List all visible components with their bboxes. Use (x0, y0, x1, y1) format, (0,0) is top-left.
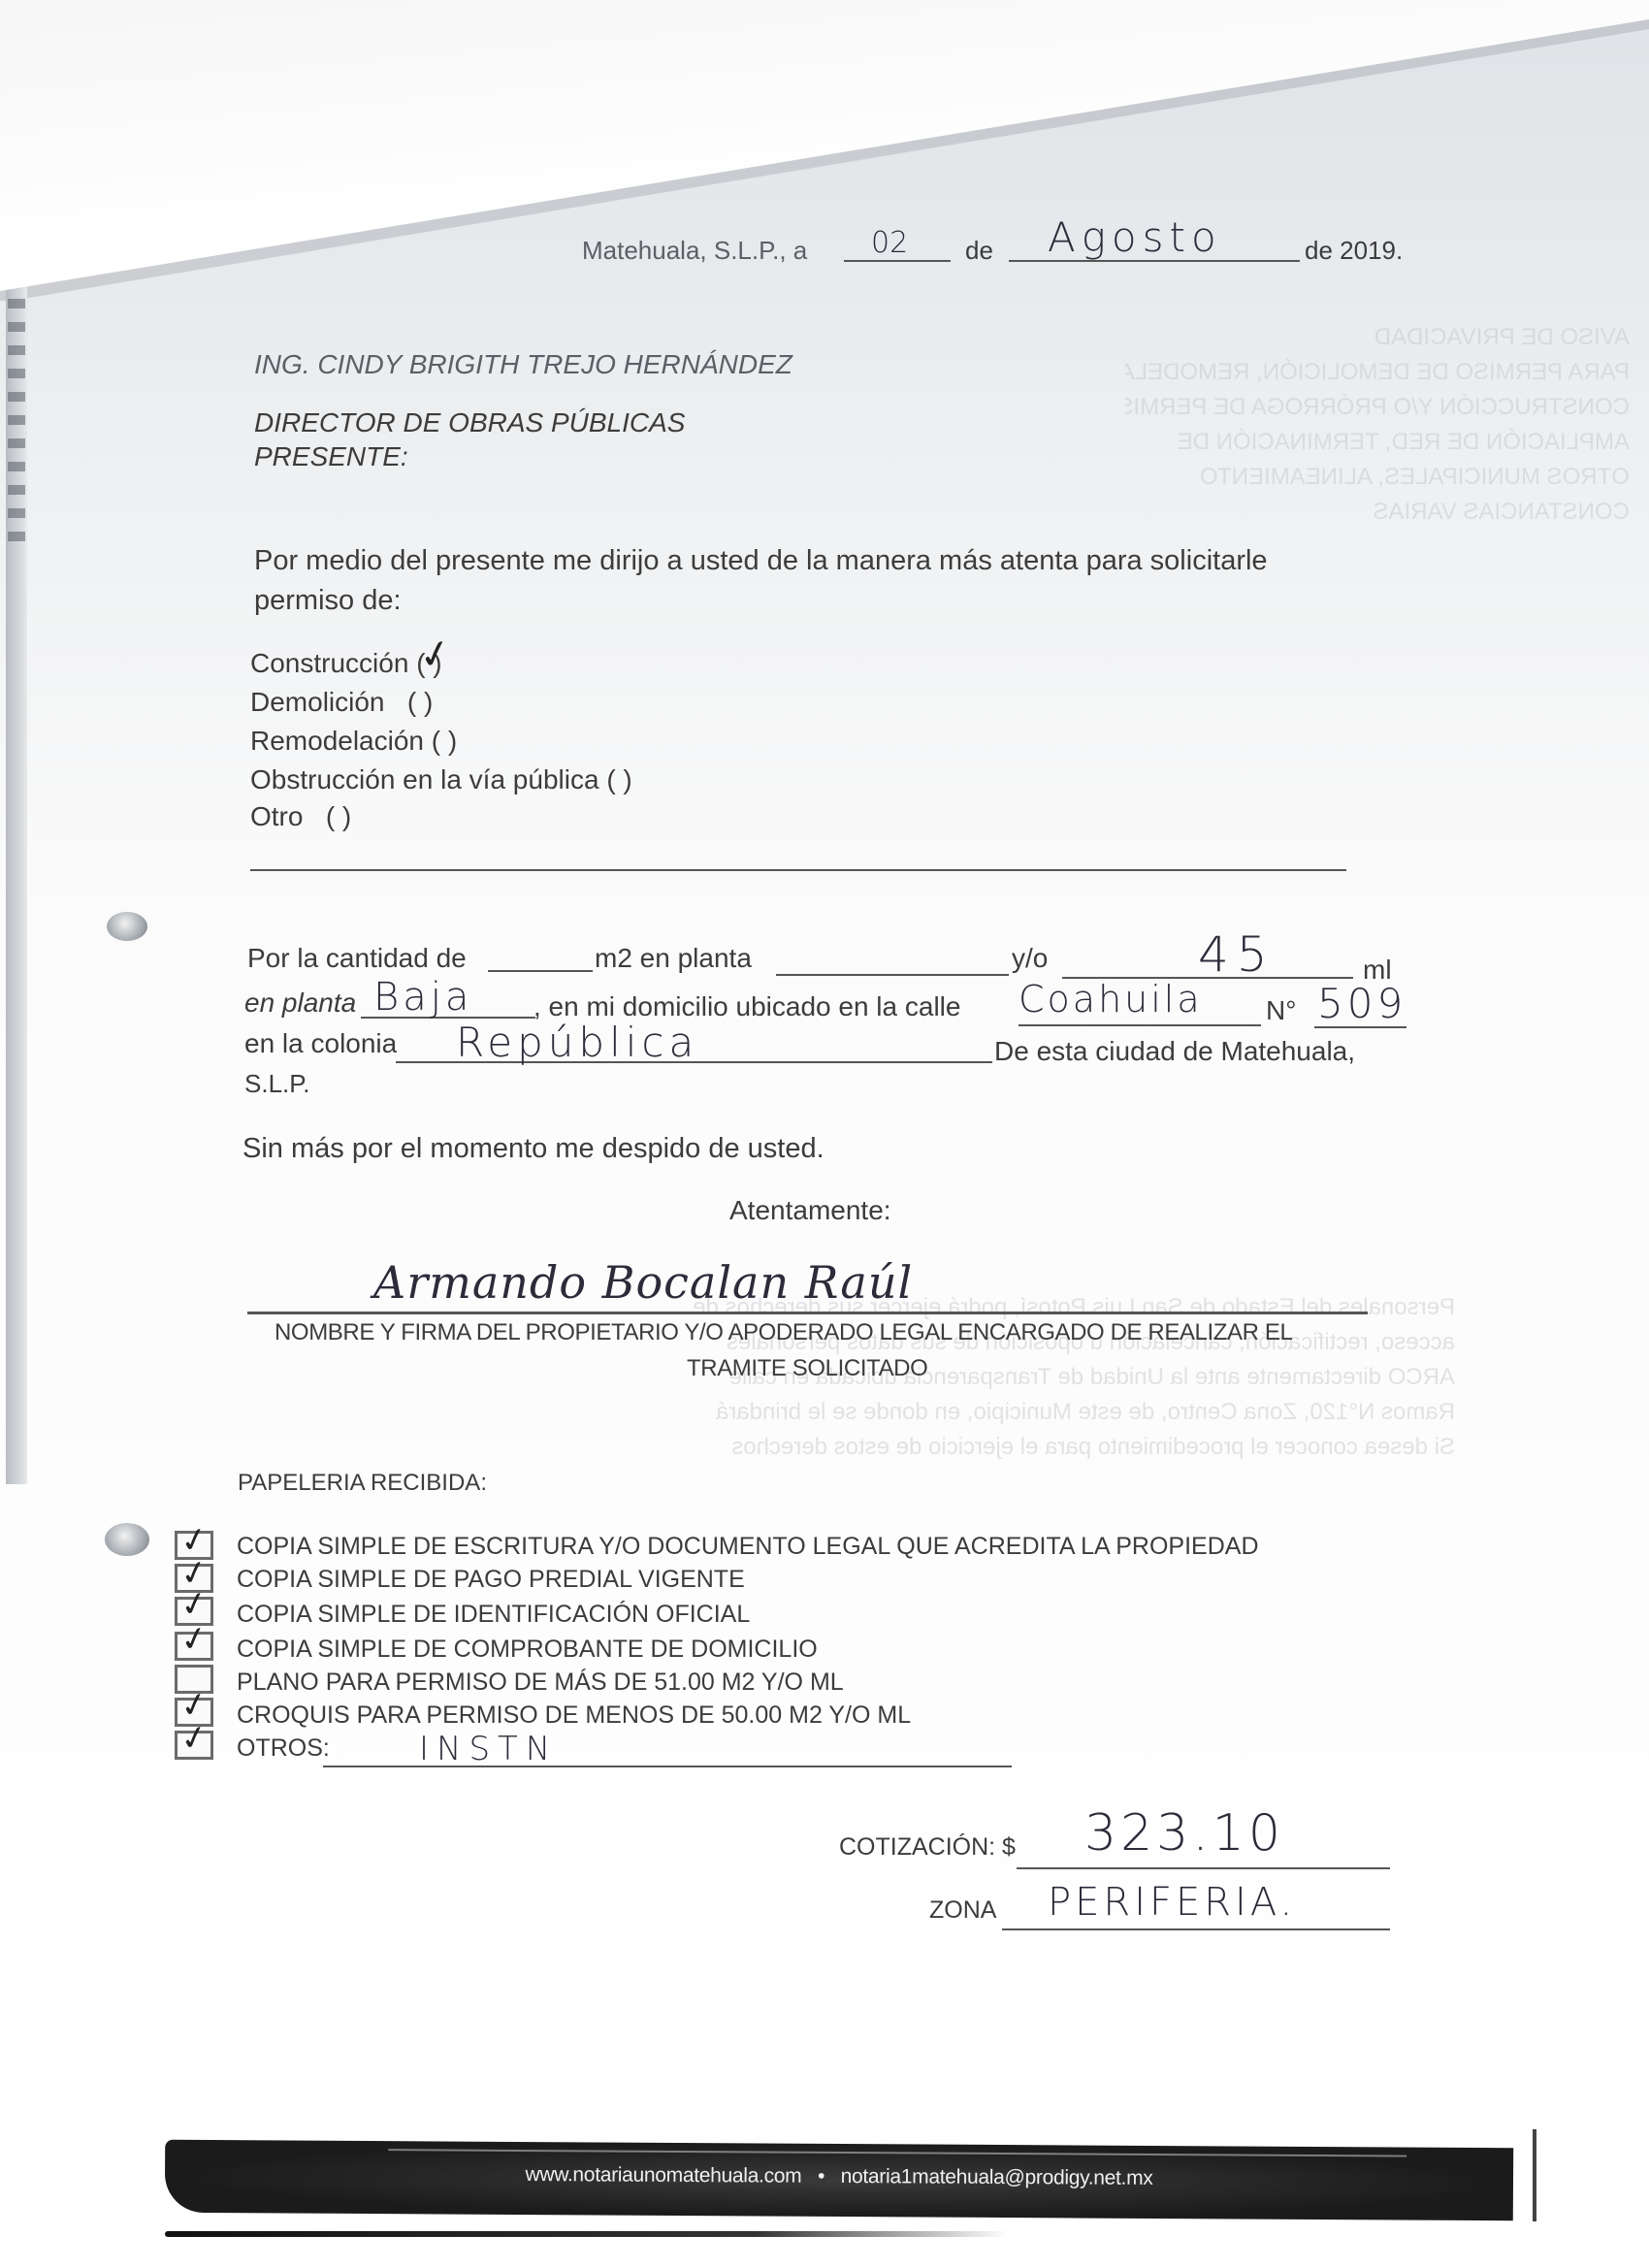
footer-contact: www.notariaunomatehuala.com • notaria1ma… (165, 2161, 1513, 2192)
papeleria-item-croquis: CROQUIS PARA PERMISO DE MENOS DE 50.00 M… (237, 1701, 911, 1730)
ciudad-label: De esta ciudad de Matehuala, (994, 1036, 1355, 1067)
punch-hole-mark (107, 912, 147, 941)
letterhead-footer-bar: www.notariaunomatehuala.com • notaria1ma… (165, 2140, 1513, 2220)
date-month: Agosto (1048, 213, 1222, 261)
permit-option-otro[interactable]: Otro ( ) (250, 801, 351, 832)
m2-field[interactable] (488, 970, 593, 972)
bleed-through-text: AVISO DE PRIVACIDAD PARA PERMISO DE DEMO… (1125, 320, 1630, 530)
adjacent-page-edge (6, 262, 27, 1484)
date-place-prefix: Matehuala, S.L.P., a (582, 236, 807, 266)
otros-value: INSTN (419, 1730, 558, 1768)
footer-website-link[interactable]: www.notariaunomatehuala.com (525, 2163, 801, 2187)
footer-highlight-line (388, 2149, 1406, 2156)
permit-option-obstruccion[interactable]: Obstrucción en la vía pública ( ) (250, 764, 632, 795)
recipient-name: ING. CINDY BRIGITH TREJO HERNÁNDEZ (254, 349, 792, 380)
calle-field[interactable] (1018, 1024, 1261, 1026)
papeleria-item-domicilio: COPIA SIMPLE DE COMPROBANTE DE DOMICILIO (237, 1636, 818, 1664)
date-year: de 2019. (1305, 236, 1403, 266)
permit-option-remodelacion[interactable]: Remodelación ( ) (250, 726, 457, 757)
farewell-text: Sin más por el momento me despido de ust… (242, 1133, 824, 1165)
scanned-page: Matehuala, S.L.P., a 02 de Agosto de 201… (0, 0, 1649, 2268)
footer-bullet: • (818, 2165, 824, 2187)
recipient-title: DIRECTOR DE OBRAS PÚBLICAS (254, 407, 685, 438)
state-label: S.L.P. (244, 1069, 309, 1099)
numero-value: 509 (1317, 980, 1406, 1027)
zona-value: PERIFERIA. (1048, 1880, 1296, 1925)
intro-line-1: Por medio del presente me dirijo a usted… (254, 545, 1268, 577)
permit-option-demolicion[interactable]: Demolición ( ) (250, 687, 433, 718)
cotizacion-value: 323.10 (1084, 1804, 1284, 1863)
recipient-presente: PRESENTE: (254, 441, 408, 472)
m2-label: m2 en planta (595, 943, 752, 974)
intro-line-2: permiso de: (254, 585, 402, 617)
planta-value: Baja (373, 975, 472, 1020)
day-underline (844, 260, 951, 262)
date-de-label: de (965, 236, 993, 266)
zona-label: ZONA (929, 1896, 996, 1925)
planta-prefix: en planta (244, 988, 356, 1019)
cotizacion-field[interactable] (1017, 1867, 1390, 1869)
signature-caption-line-2: TRAMITE SOLICITADO (687, 1355, 927, 1382)
colonia-label: en la colonia (244, 1028, 397, 1059)
cotizacion-label: COTIZACIÓN: $ (839, 1833, 1016, 1862)
date-day: 02 (871, 226, 908, 260)
colonia-value: República (456, 1019, 698, 1066)
yo-label: y/o (1012, 943, 1048, 974)
ml-value: 45 (1198, 926, 1276, 983)
footer-email-link[interactable]: notaria1matehuala@prodigy.net.mx (841, 2165, 1153, 2189)
papeleria-item-plano: PLANO PARA PERMISO DE MÁS DE 51.00 M2 Y/… (237, 1669, 844, 1697)
numero-label: N° (1266, 995, 1296, 1026)
signature-caption-line-1: NOMBRE Y FIRMA DEL PROPIETARIO Y/O APODE… (275, 1319, 1292, 1346)
planta-field[interactable] (776, 974, 1009, 976)
papeleria-item-escritura: COPIA SIMPLE DE ESCRITURA Y/O DOCUMENTO … (237, 1533, 1259, 1561)
footer-side-mark (1533, 2129, 1536, 2221)
otro-description-line[interactable] (250, 869, 1346, 871)
papeleria-item-otros: OTROS: (237, 1734, 330, 1763)
footer-underline (165, 2231, 1009, 2237)
zona-field[interactable] (1002, 1928, 1390, 1930)
papeleria-title: PAPELERIA RECIBIDA: (238, 1470, 487, 1497)
papeleria-item-predial: COPIA SIMPLE DE PAGO PREDIAL VIGENTE (237, 1566, 745, 1594)
signature-line[interactable] (247, 1312, 1368, 1314)
atentamente-label: Atentamente: (729, 1195, 891, 1226)
quantity-prefix: Por la cantidad de (247, 943, 467, 974)
punch-hole-mark (105, 1523, 149, 1556)
papeleria-item-identificacion: COPIA SIMPLE DE IDENTIFICACIÓN OFICIAL (237, 1601, 750, 1629)
signature: Armando Bocalan Raúl (373, 1256, 913, 1309)
permit-option-construccion[interactable]: Construcción ( ) (250, 648, 442, 679)
calle-value: Coahuila (1018, 978, 1203, 1021)
